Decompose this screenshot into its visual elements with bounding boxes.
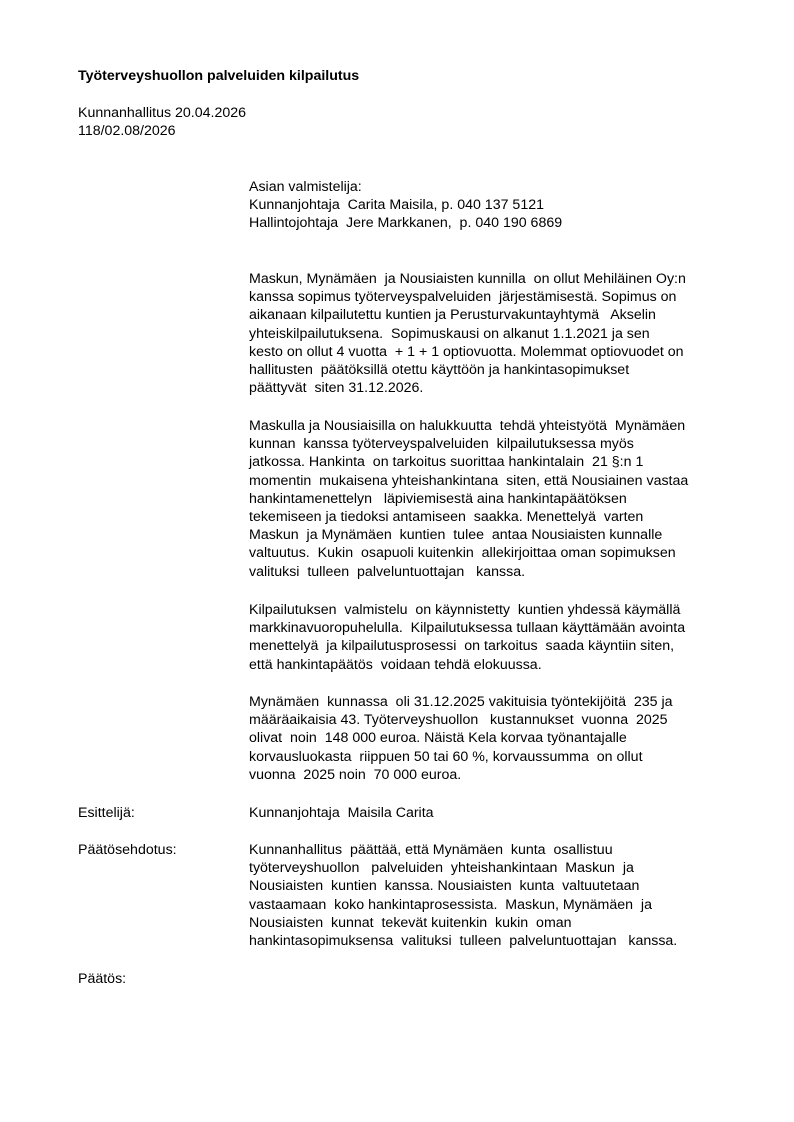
paragraph-line: kanssa sopimus työterveyspalveluiden jär… xyxy=(249,288,686,306)
presenter-label: Esittelijä: xyxy=(78,804,135,822)
meeting-date: Kunnanhallitus 20.04.2026 xyxy=(78,105,246,121)
proposal-line: työterveyshuollon palveluiden yhteishank… xyxy=(249,859,677,877)
paragraph-preparation: Kilpailutuksen valmistelu on käynnistett… xyxy=(249,601,685,674)
presenter-value: Kunnanjohtaja Maisila Carita xyxy=(249,804,434,822)
proposal-line: vastaamaan koko hankintaprosessista. Mas… xyxy=(249,896,677,914)
paragraph-line: Maskun ja Mynämäen kuntien tulee antaa N… xyxy=(249,526,688,544)
paragraph-line: yhteiskilpailutuksena. Sopimuskausi on a… xyxy=(249,325,686,343)
decision-label: Päätös: xyxy=(78,970,126,988)
paragraph-line: kesto on ollut 4 vuotta + 1 + 1 optiovuo… xyxy=(249,343,686,361)
paragraph-line: hallitusten päätöksillä otettu käyttöön … xyxy=(249,361,686,379)
paragraph-line: momentin mukaisena yhteishankintana site… xyxy=(249,472,688,490)
proposal-line: Kunnanhallitus päättää, että Mynämäen ku… xyxy=(249,841,677,859)
proposal-line: Nousiaisten kunnat tekevät kuitenkin kuk… xyxy=(249,914,677,932)
paragraph-line: jatkossa. Hankinta on tarkoitus suoritta… xyxy=(249,453,688,471)
preparer-line: Hallintojohtaja Jere Markkanen, p. 040 1… xyxy=(249,214,562,232)
proposal-line: Nousiaisten kuntien kanssa. Nousiaisten … xyxy=(249,877,677,895)
paragraph-line: aikanaan kilpailutettu kuntien ja Perust… xyxy=(249,306,686,324)
paragraph-cooperation: Maskulla ja Nousiaisilla on halukkuutta … xyxy=(249,417,688,581)
proposal-line: hankintasopimuksensa valituksi tulleen p… xyxy=(249,932,677,950)
reference-number: 118/02.08/2026 xyxy=(78,123,176,139)
paragraph-background: Maskun, Mynämäen ja Nousiaisten kunnilla… xyxy=(249,270,686,397)
paragraph-costs: Mynämäen kunnassa oli 31.12.2025 vakitui… xyxy=(249,693,673,784)
proposal-text: Kunnanhallitus päättää, että Mynämäen ku… xyxy=(249,841,677,950)
paragraph-line: kunnan kanssa työterveyspalveluiden kilp… xyxy=(249,435,688,453)
paragraph-line: Kilpailutuksen valmistelu on käynnistett… xyxy=(249,601,685,619)
paragraph-line: että hankintapäätös voidaan tehdä elokuu… xyxy=(249,656,685,674)
paragraph-line: määräaikaisia 43. Työterveyshuollon kust… xyxy=(249,711,673,729)
preparers-heading: Asian valmistelija: xyxy=(249,178,562,196)
paragraph-line: menettelyä ja kilpailutusprosessi on tar… xyxy=(249,637,685,655)
presenter-value-block: Kunnanjohtaja Maisila Carita xyxy=(249,804,434,822)
paragraph-line: hankintamenettelyn läpiviemisestä aina h… xyxy=(249,490,688,508)
proposal-label: Päätösehdotus: xyxy=(78,841,177,859)
paragraph-line: olivat noin 148 000 euroa. Näistä Kela k… xyxy=(249,729,673,747)
paragraph-line: valituksi tulleen palveluntuottajan kans… xyxy=(249,563,688,581)
paragraph-line: tekemiseen ja tiedoksi antamiseen saakka… xyxy=(249,508,688,526)
preparers-block: Asian valmistelija: Kunnanjohtaja Carita… xyxy=(249,178,562,233)
paragraph-line: valtuutus. Kukin osapuoli kuitenkin alle… xyxy=(249,544,688,562)
document-title: Työterveyshuollon palveluiden kilpailutu… xyxy=(78,68,359,84)
paragraph-line: Mynämäen kunnassa oli 31.12.2025 vakitui… xyxy=(249,693,673,711)
paragraph-line: Maskulla ja Nousiaisilla on halukkuutta … xyxy=(249,417,688,435)
paragraph-line: Maskun, Mynämäen ja Nousiaisten kunnilla… xyxy=(249,270,686,288)
paragraph-line: vuonna 2025 noin 70 000 euroa. xyxy=(249,766,673,784)
preparer-line: Kunnanjohtaja Carita Maisila, p. 040 137… xyxy=(249,196,562,214)
paragraph-line: korvausluokasta riippuen 50 tai 60 %, ko… xyxy=(249,748,673,766)
paragraph-line: päättyvät siten 31.12.2026. xyxy=(249,379,686,397)
paragraph-line: markkinavuoropuhelulla. Kilpailutuksessa… xyxy=(249,619,685,637)
